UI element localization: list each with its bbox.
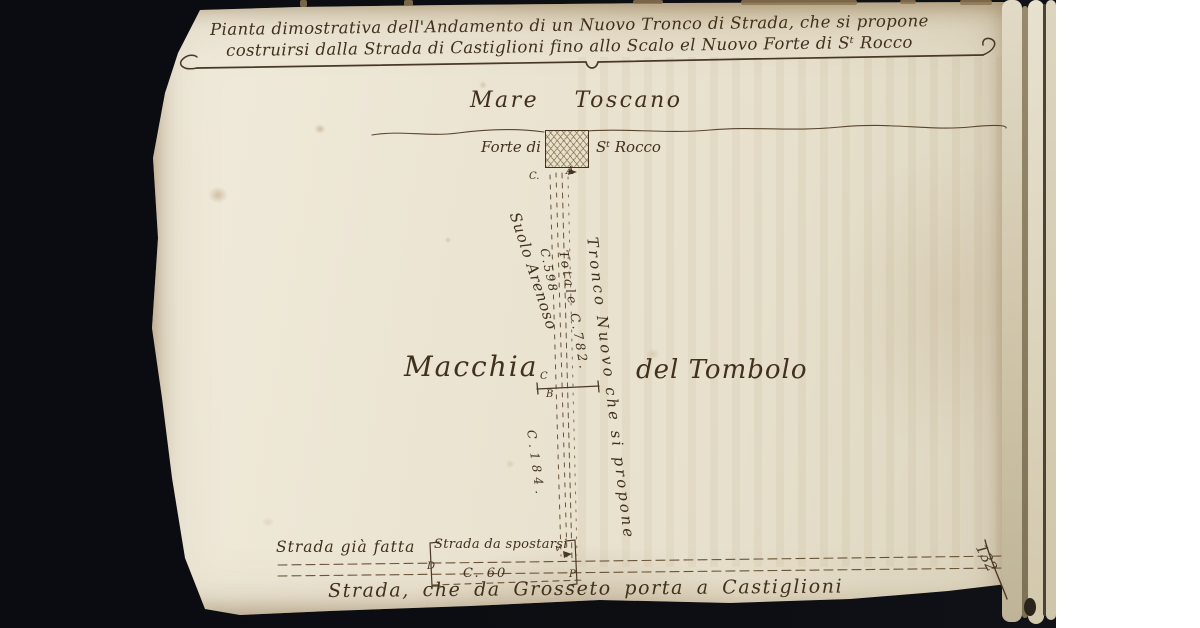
prev-page-mark	[633, 0, 663, 4]
survey-point-b: B	[546, 389, 553, 400]
survey-point-a: A	[566, 164, 574, 177]
page-edge-stack-strip	[1028, 0, 1044, 624]
page-edge-stack-strip	[1002, 0, 1022, 622]
existing-road-label: Strada già fatta	[276, 538, 415, 556]
page-edge-stack-strip	[1046, 0, 1056, 620]
survey-point-c-mid: C	[540, 371, 548, 382]
sea-label: Mare Toscano	[470, 88, 683, 113]
prev-page-mark	[300, 0, 307, 7]
prev-page-mark	[741, 0, 857, 5]
region-label-macchia: Macchia	[404, 350, 538, 383]
prev-page-mark	[900, 0, 916, 4]
fort-label-left: Forte di	[481, 138, 541, 156]
survey-point-v: v	[555, 544, 560, 554]
bottom-road-label: Strada, che da Grosseto porta a Castigli…	[328, 576, 843, 602]
prev-page-mark	[960, 0, 992, 5]
relocate-road-label: Strada da spostarsi	[434, 537, 568, 552]
survey-point-c-top: C.	[529, 171, 539, 182]
survey-point-d: D	[427, 561, 435, 572]
paper-texture-streaks	[578, 57, 1008, 567]
region-label-del-tombolo: del Tombolo	[636, 355, 808, 385]
fort-label-right: Sᵗ Rocco	[596, 138, 661, 156]
page-edge-stain	[1024, 598, 1036, 616]
prev-page-mark	[404, 0, 413, 6]
fort-symbol	[545, 130, 589, 168]
